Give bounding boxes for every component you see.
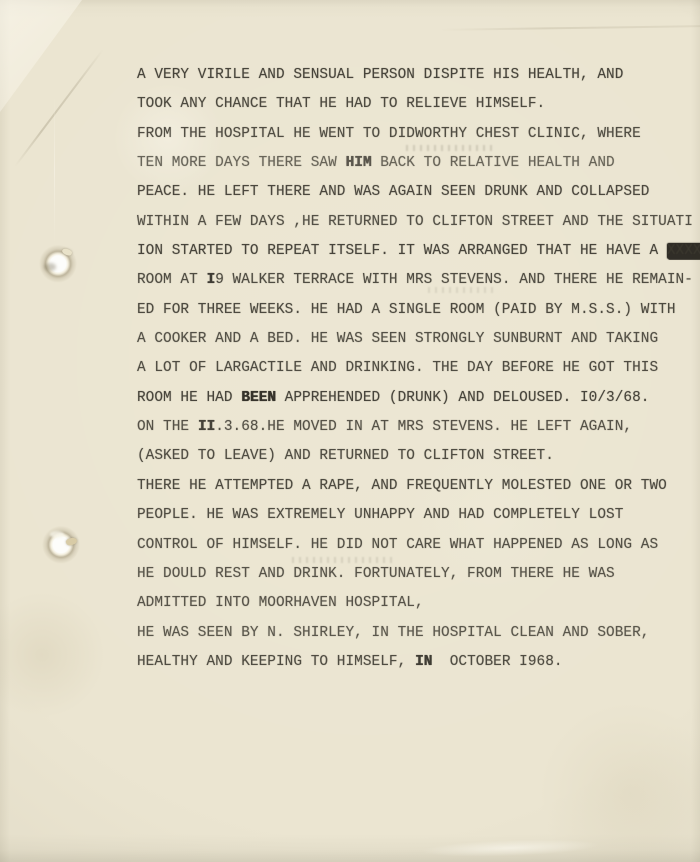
text-segment: BACK TO RELATIVE HEALTH AND	[372, 155, 615, 171]
typewritten-line: PEOPLE. HE WAS EXTREMELY UNHAPPY AND HAD…	[137, 501, 700, 530]
text-segment: IN	[415, 654, 432, 670]
text-segment: PEOPLE. HE WAS EXTREMELY UNHAPPY AND HAD…	[137, 507, 623, 523]
paper-fold-top-left	[0, 0, 120, 140]
text-segment: ED FOR THREE WEEKS. HE HAD A SINGLE ROOM…	[137, 302, 676, 318]
paper-crease-left	[54, 96, 55, 246]
text-segment: ADMITTED INTO MOORHAVEN HOSPITAL,	[137, 595, 424, 611]
text-segment: II	[198, 419, 215, 435]
typewritten-line: A COOKER AND A BED. HE WAS SEEN STRONGLY…	[137, 325, 700, 354]
text-segment: (ASKED TO LEAVE) AND RETURNED TO CLIFTON…	[137, 448, 554, 464]
typewritten-line: FROM THE HOSPITAL HE WENT TO DIDWORTHY C…	[137, 120, 700, 149]
text-segment: ROOM AT	[137, 272, 207, 288]
text-segment: WITHIN A FEW DAYS ,HE RETURNED TO CLIFTO…	[137, 214, 693, 230]
text-segment: A VERY VIRILE AND SENSUAL PERSON DISPITE…	[137, 67, 623, 83]
typewritten-line: THERE HE ATTEMPTED A RAPE, AND FREQUENTL…	[137, 472, 700, 501]
typewritten-line: TEN MORE DAYS THERE SAW HIM BACK TO RELA…	[137, 149, 700, 178]
text-segment: 9 WALKER TERRACE WITH MRS STEVENS. AND T…	[215, 272, 693, 288]
text-segment: .3.68.HE MOVED IN AT MRS STEVENS. HE LEF…	[215, 419, 632, 435]
typewritten-line: HE DOULD REST AND DRINK. FORTUNATELY, FR…	[137, 560, 700, 589]
typewritten-line: WITHIN A FEW DAYS ,HE RETURNED TO CLIFTO…	[137, 208, 700, 237]
text-segment: PEACE. HE LEFT THERE AND WAS AGAIN SEEN …	[137, 184, 649, 200]
punch-hole-top	[39, 243, 77, 283]
typewritten-line: ION STARTED TO REPEAT ITSELF. IT WAS ARR…	[137, 237, 700, 266]
paper-crease-top-right	[440, 25, 700, 30]
typewritten-line: ON THE II.3.68.HE MOVED IN AT MRS STEVEN…	[137, 413, 700, 442]
text-segment: HEALTHY AND KEEPING TO HIMSELF,	[137, 654, 415, 670]
punch-hole-core	[39, 243, 77, 283]
typewritten-line: TOOK ANY CHANCE THAT HE HAD TO RELIEVE H…	[137, 90, 700, 119]
paper-wrinkle	[420, 837, 600, 859]
punch-hole-bottom	[42, 524, 80, 564]
typewritten-text: A VERY VIRILE AND SENSUAL PERSON DISPITE…	[137, 61, 700, 677]
typewritten-line: A VERY VIRILE AND SENSUAL PERSON DISPITE…	[137, 61, 700, 90]
typewritten-line: PEACE. HE LEFT THERE AND WAS AGAIN SEEN …	[137, 178, 700, 207]
text-segment: APPREHENDED (DRUNK) AND DELOUSED. I0/3/6…	[276, 390, 650, 406]
text-segment: OCTOBER I968.	[432, 654, 562, 670]
text-segment: BEEN	[241, 390, 276, 406]
text-segment: A LOT OF LARGACTILE AND DRINKING. THE DA…	[137, 360, 658, 376]
typewritten-line: (ASKED TO LEAVE) AND RETURNED TO CLIFTON…	[137, 442, 700, 471]
typewritten-line: HEALTHY AND KEEPING TO HIMSELF, IN OCTOB…	[137, 648, 700, 677]
text-segment: THERE HE ATTEMPTED A RAPE, AND FREQUENTL…	[137, 478, 667, 494]
text-segment: TOOK ANY CHANCE THAT HE HAD TO RELIEVE H…	[137, 96, 545, 112]
punch-hole-shadow	[50, 531, 64, 538]
text-segment: CONTROL OF HIMSELF. HE DID NOT CARE WHAT…	[137, 537, 658, 553]
typewritten-line: HE WAS SEEN BY N. SHIRLEY, IN THE HOSPIT…	[137, 619, 700, 648]
text-segment: ROOM HE HAD	[137, 390, 241, 406]
text-segment: TEN MORE DAYS THERE SAW	[137, 155, 345, 171]
text-segment: I	[207, 272, 216, 288]
typewritten-line: CONTROL OF HIMSELF. HE DID NOT CARE WHAT…	[137, 531, 700, 560]
text-segment: HIM	[345, 155, 371, 171]
scanned-typewritten-page: A VERY VIRILE AND SENSUAL PERSON DISPITE…	[0, 0, 700, 862]
redaction-overstrike: XXXX	[667, 243, 700, 259]
typewritten-line: ADMITTED INTO MOORHAVEN HOSPITAL,	[137, 589, 700, 618]
typewritten-line: ED FOR THREE WEEKS. HE HAD A SINGLE ROOM…	[137, 296, 700, 325]
text-segment: FROM THE HOSPITAL HE WENT TO DIDWORTHY C…	[137, 126, 641, 142]
text-segment: A COOKER AND A BED. HE WAS SEEN STRONGLY…	[137, 331, 658, 347]
text-segment: HE DOULD REST AND DRINK. FORTUNATELY, FR…	[137, 566, 615, 582]
typewritten-line: ROOM AT I9 WALKER TERRACE WITH MRS STEVE…	[137, 266, 700, 295]
typewritten-line: A LOT OF LARGACTILE AND DRINKING. THE DA…	[137, 354, 700, 383]
text-segment: ON THE	[137, 419, 198, 435]
typewritten-line: ROOM HE HAD BEEN APPREHENDED (DRUNK) AND…	[137, 384, 700, 413]
punch-hole-shadow	[44, 263, 56, 271]
text-segment: HE WAS SEEN BY N. SHIRLEY, IN THE HOSPIT…	[137, 625, 649, 641]
text-segment: ION STARTED TO REPEAT ITSELF. IT WAS ARR…	[137, 243, 667, 259]
